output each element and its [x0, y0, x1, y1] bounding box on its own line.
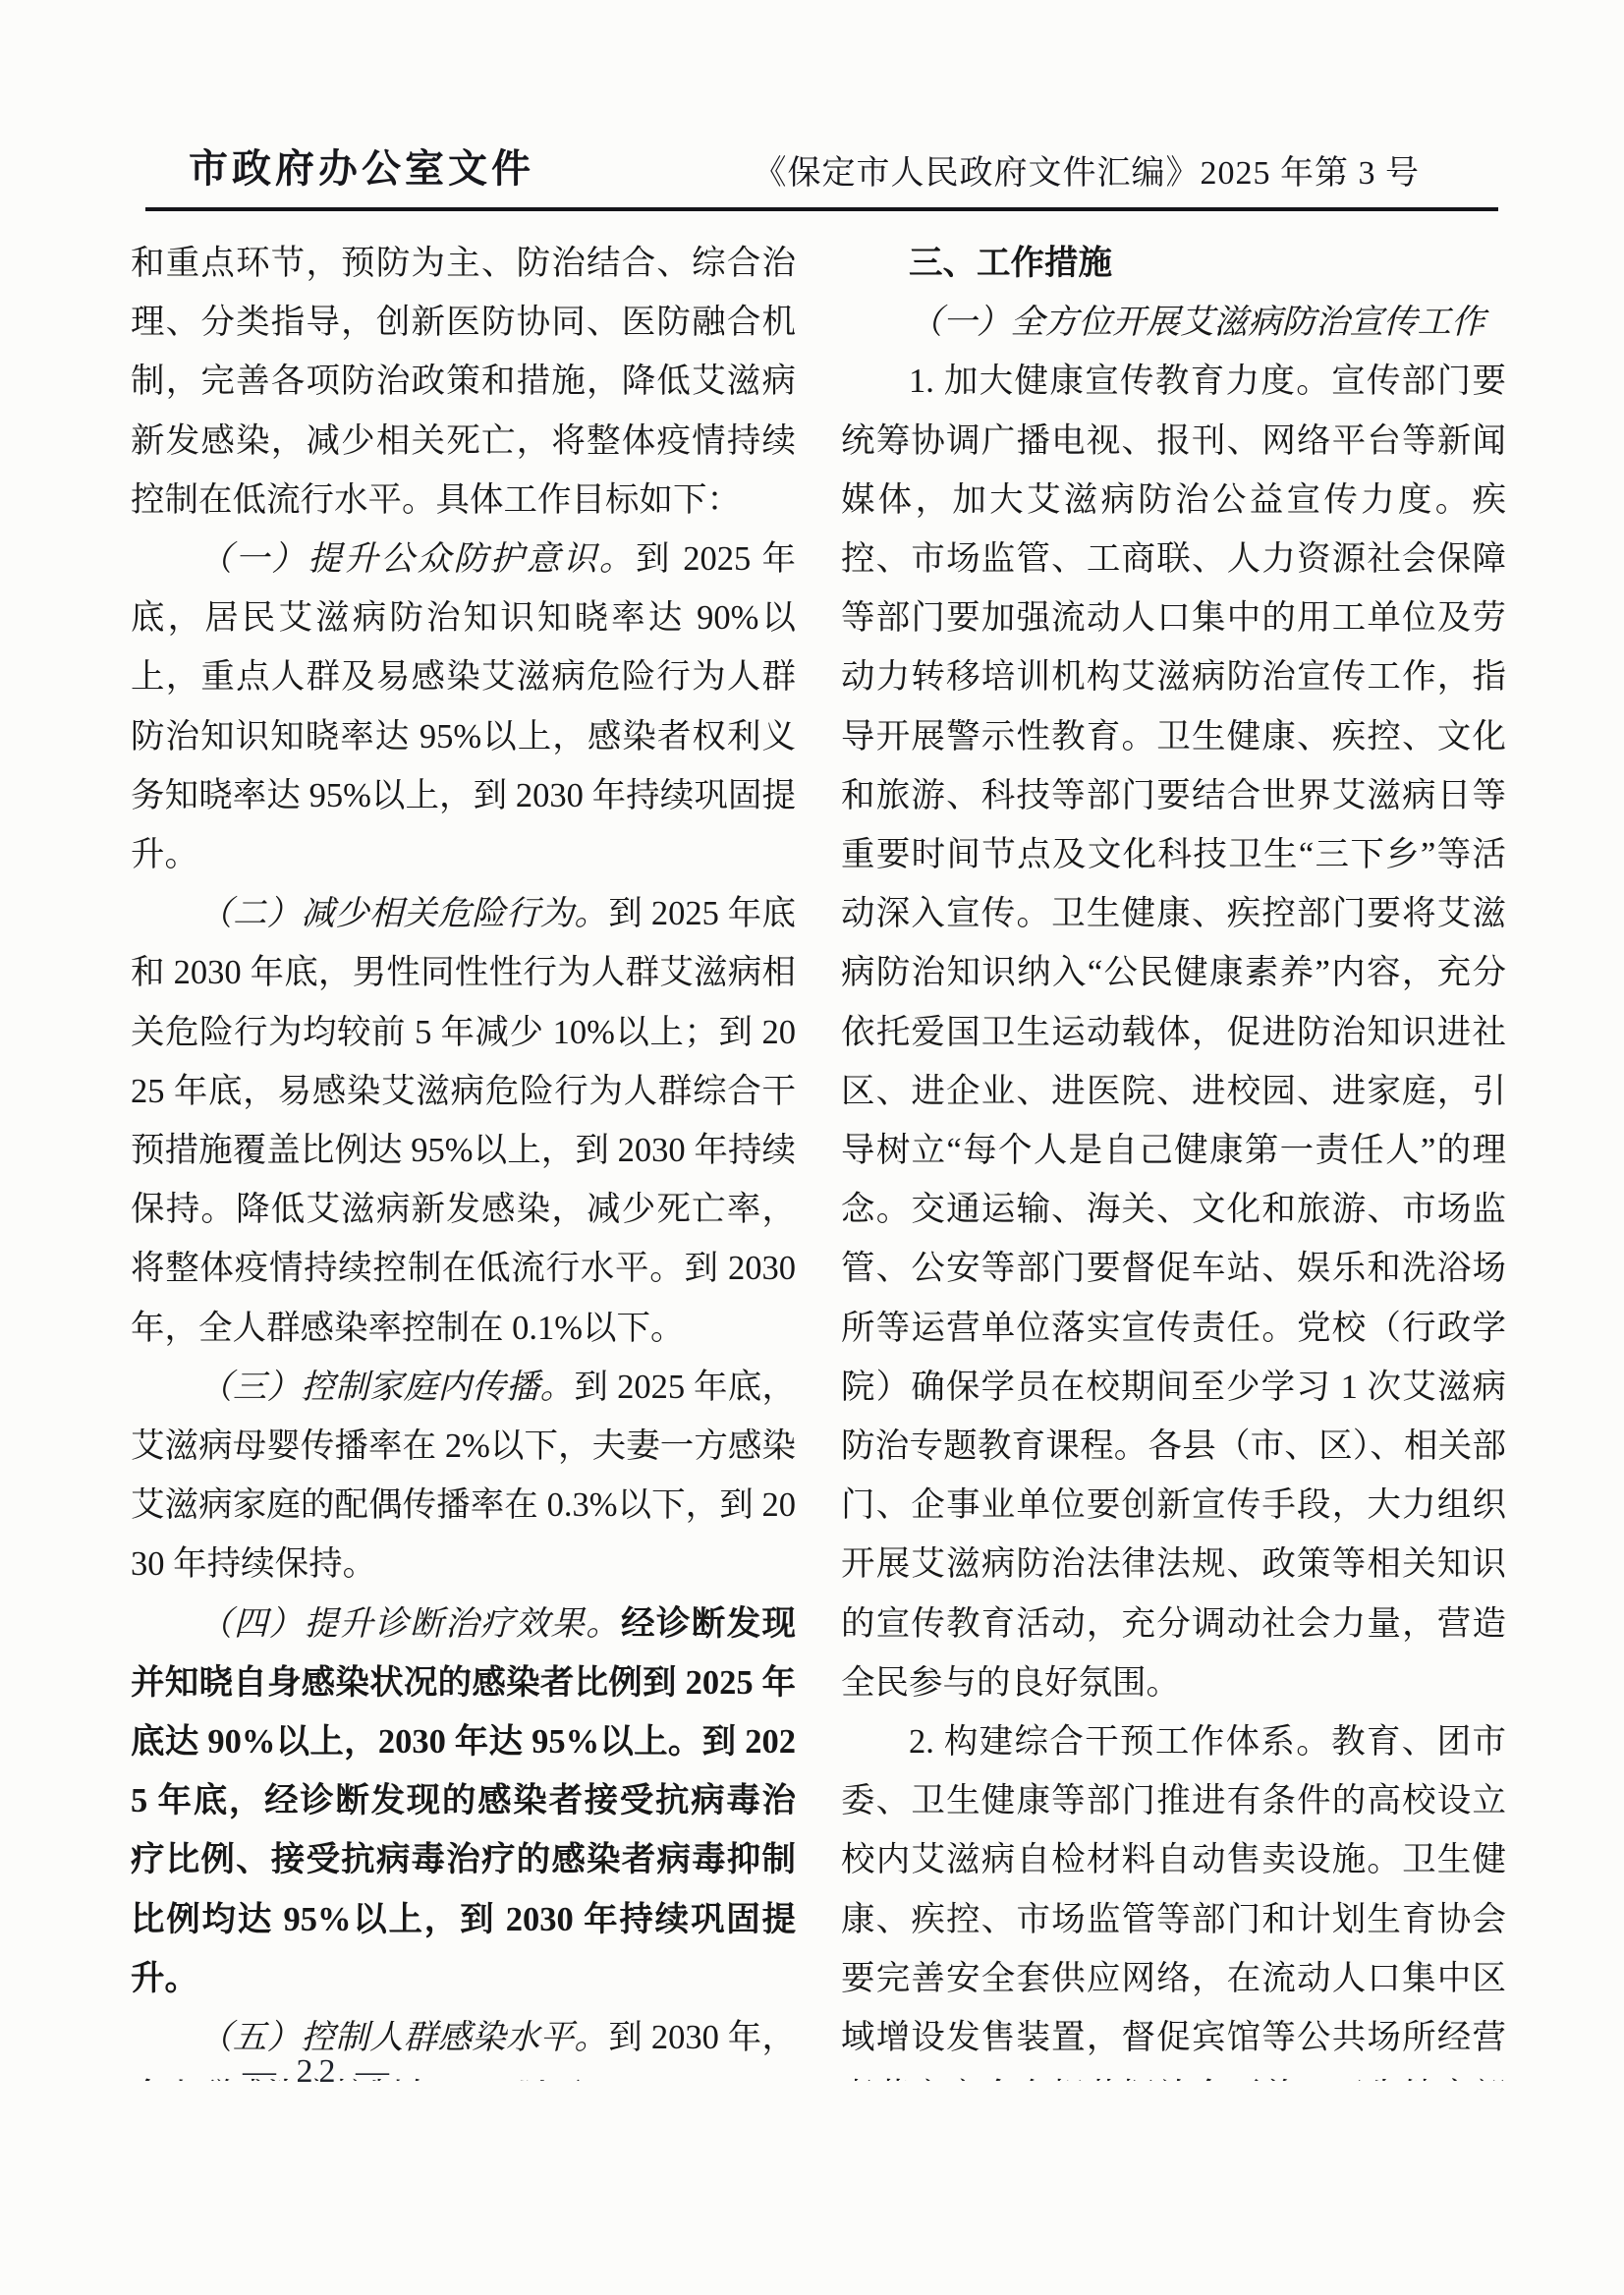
- page-header: 市政府办公室文件 《保定市人民政府文件汇编》2025 年第 3 号: [145, 138, 1498, 211]
- header-left-title: 市政府办公室文件: [189, 138, 534, 194]
- text-run: （一）提升公众防护意识。: [198, 540, 636, 578]
- column-right: 三、工作措施（一）全方位开展艾滋病防治宣传工作1. 加大健康宣传教育力度。宣传部…: [841, 234, 1506, 2081]
- paragraph: 2. 构建综合干预工作体系。教育、团市委、卫生健康等部门推进有条件的高校设立校内…: [841, 1712, 1506, 2081]
- two-column-body: 和重点环节，预防为主、防治结合、综合治理、分类指导，创新医防协同、医防融合机制，…: [131, 234, 1506, 2081]
- paragraph: （四）提升诊断治疗效果。经诊断发现并知晓自身感染状况的感染者比例到 2025 年…: [131, 1595, 796, 2008]
- header-right-title: 《保定市人民政府文件汇编》2025 年第 3 号: [754, 145, 1489, 194]
- text-run: （三）控制家庭内传播。: [198, 1369, 574, 1406]
- text-run: 到 2025 年底和 2030 年底，男性同性性行为人群艾滋病相关危险行为均较前…: [131, 895, 796, 1346]
- paragraph: 1. 加大健康宣传教育力度。宣传部门要统筹协调广播电视、报刊、网络平台等新闻媒体…: [841, 352, 1506, 1712]
- text-run: （五）控制人群感染水平。: [198, 2019, 608, 2056]
- text-run: 到 2025 年底，居民艾滋病防治知识知晓率达 90%以上，重点人群及易感染艾滋…: [131, 540, 796, 873]
- header-row: 市政府办公室文件 《保定市人民政府文件汇编》2025 年第 3 号: [145, 138, 1498, 194]
- page-number: — 22 —: [243, 2053, 395, 2090]
- column-left: 和重点环节，预防为主、防治结合、综合治理、分类指导，创新医防协同、医防融合机制，…: [131, 234, 796, 2081]
- paragraph: （二）减少相关危险行为。到 2025 年底和 2030 年底，男性同性性行为人群…: [131, 884, 796, 1358]
- paragraph: （一）提升公众防护意识。到 2025 年底，居民艾滋病防治知识知晓率达 90%以…: [131, 530, 796, 884]
- text-run: （二）减少相关危险行为。: [198, 895, 608, 932]
- text-run: 和重点环节，预防为主、防治结合、综合治理、分类指导，创新医防协同、医防融合机制，…: [131, 245, 796, 519]
- paragraph: 三、工作措施: [841, 234, 1506, 293]
- document-page: 市政府办公室文件 《保定市人民政府文件汇编》2025 年第 3 号 和重点环节，…: [0, 0, 1624, 2295]
- page-footer: — 22 —: [243, 2053, 395, 2091]
- text-run: 经诊断发现并知晓自身感染状况的感染者比例到 2025 年底达 90%以上，203…: [131, 1605, 796, 1997]
- paragraph: 和重点环节，预防为主、防治结合、综合治理、分类指导，创新医防协同、医防融合机制，…: [131, 234, 796, 530]
- text-run: （四）提升诊断治疗效果。: [198, 1605, 621, 1643]
- paragraph: （一）全方位开展艾滋病防治宣传工作: [841, 293, 1506, 352]
- paragraph: （五）控制人群感染水平。到 2030 年，全人群感染率控制在 0.1%以下。: [131, 2008, 796, 2081]
- text-run: 三、工作措施: [909, 245, 1112, 282]
- text-run: 1. 加大健康宣传教育力度。宣传部门要统筹协调广播电视、报刊、网络平台等新闻媒体…: [841, 363, 1506, 1701]
- text-run: （一）全方位开展艾滋病防治宣传工作: [909, 304, 1485, 341]
- paragraph: （三）控制家庭内传播。到 2025 年底，艾滋病母婴传播率在 2%以下，夫妻一方…: [131, 1358, 796, 1595]
- text-run: 2. 构建综合干预工作体系。教育、团市委、卫生健康等部门推进有条件的高校设立校内…: [841, 1723, 1506, 2081]
